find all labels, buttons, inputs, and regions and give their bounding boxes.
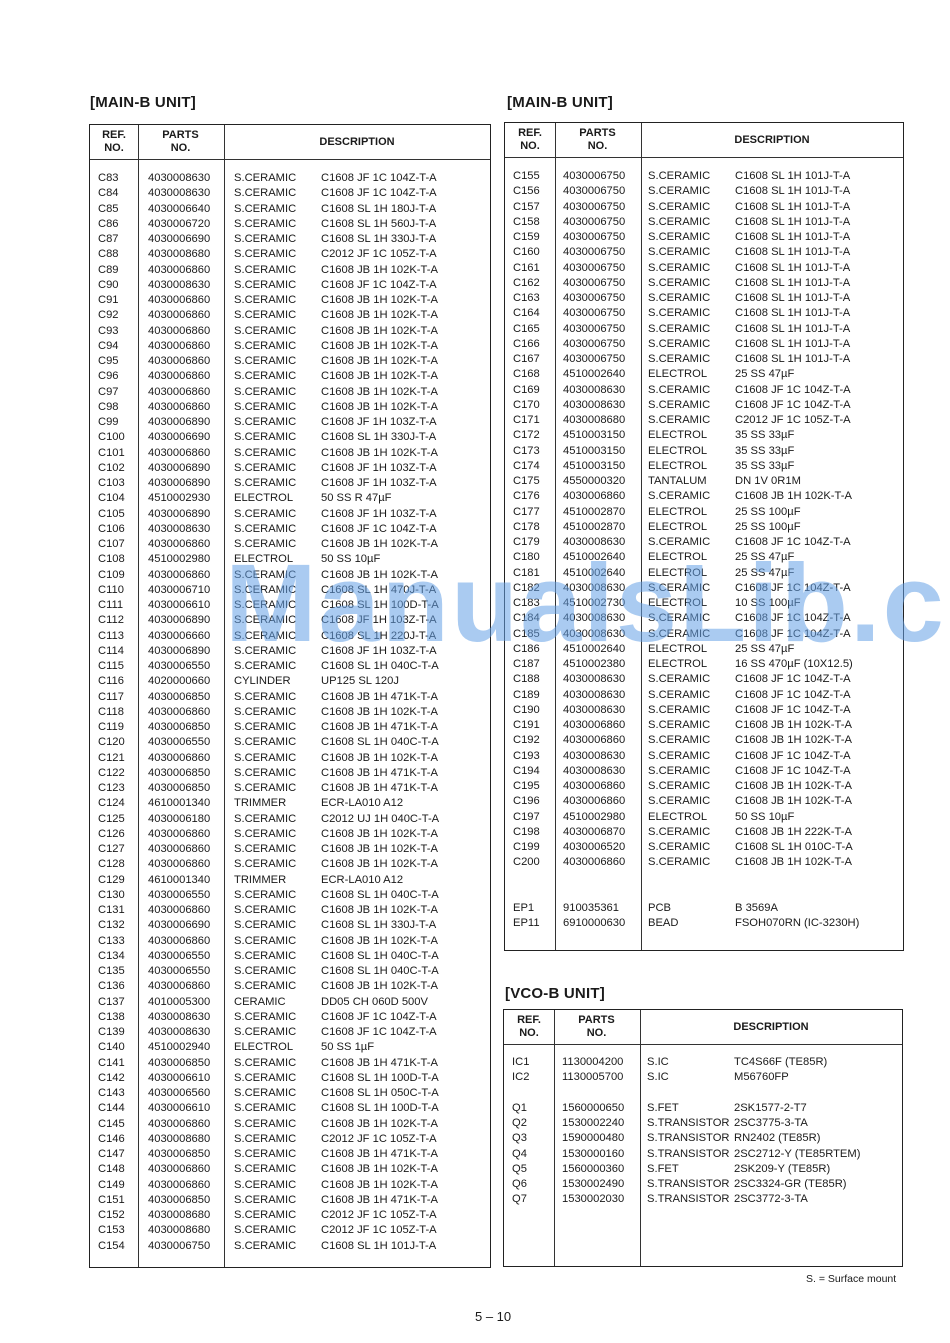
parts-no: 4030006750 [563, 245, 625, 260]
parts-no-header: PARTSNO. [555, 123, 640, 157]
table-row: C1204030006550S.CERAMICC1608 SL 1H 040C-… [90, 735, 490, 750]
parts-no: 4030008680 [563, 413, 625, 428]
part-spec: C2012 UJ 1H 040C-T-A [321, 812, 439, 827]
table-row: C834030008630S.CERAMICC1608 JF 1C 104Z-T… [90, 171, 490, 186]
table-row: C1574030006750S.CERAMICC1608 SL 1H 101J-… [505, 200, 903, 215]
part-spec: C1608 JB 1H 102K-T-A [321, 354, 438, 369]
table-row: Q21530002240S.TRANSISTOR2SC3775-3-TA [504, 1116, 902, 1131]
parts-no: 4030006860 [563, 779, 625, 794]
parts-no: 4030008630 [148, 171, 210, 186]
parts-no: 4030006750 [563, 200, 625, 215]
ref-no: C186 [513, 642, 540, 657]
part-spec: C1608 JF 1C 104Z-T-A [735, 611, 851, 626]
part-spec: C2012 JF 1C 105Z-T-A [321, 247, 437, 262]
part-type: S.CERAMIC [234, 324, 296, 339]
ref-no: C161 [513, 261, 540, 276]
part-type: S.CERAMIC [234, 400, 296, 415]
part-spec: C1608 JB 1H 102K-T-A [321, 1117, 438, 1132]
table-body: C1554030006750S.CERAMICC1608 SL 1H 101J-… [505, 169, 903, 932]
ref-no: C188 [513, 672, 540, 687]
part-spec: C1608 JB 1H 471K-T-A [321, 781, 438, 796]
table-header: REF.NO. PARTSNO. DESCRIPTION [90, 125, 490, 160]
table-row: C1794030008630S.CERAMICC1608 JF 1C 104Z-… [505, 535, 903, 550]
ref-no: C146 [98, 1132, 125, 1147]
parts-no: 4030008630 [563, 703, 625, 718]
part-type: S.CERAMIC [648, 184, 710, 199]
ref-no: C88 [98, 247, 119, 262]
part-type: S.CERAMIC [234, 385, 296, 400]
ref-no: Q5 [512, 1162, 527, 1177]
table-row: C1734510003150ELECTROL35 SS 33µF [505, 444, 903, 459]
part-type: S.CERAMIC [234, 507, 296, 522]
part-spec: 35 SS 33µF [735, 444, 794, 459]
part-type: S.CERAMIC [648, 291, 710, 306]
part-spec: FSOH070RN (IC-3230H) [735, 916, 859, 931]
ref-no: C166 [513, 337, 540, 352]
parts-no: 4510002870 [563, 505, 625, 520]
part-spec: C1608 JB 1H 471K-T-A [321, 1193, 438, 1208]
ref-no: C164 [513, 306, 540, 321]
ref-no: C104 [98, 491, 125, 506]
parts-no: 4030006850 [148, 720, 210, 735]
ref-no: C172 [513, 428, 540, 443]
part-spec: DN 1V 0R1M [735, 474, 801, 489]
part-spec: C1608 JB 1H 102K-T-A [321, 400, 438, 415]
ref-no: C148 [98, 1162, 125, 1177]
part-type: S.CERAMIC [648, 733, 710, 748]
part-type: S.CERAMIC [234, 1208, 296, 1223]
part-type: S.CERAMIC [648, 718, 710, 733]
table-row: C1444030006610S.CERAMICC1608 SL 1H 100D-… [90, 1101, 490, 1116]
table-row: C1614030006750S.CERAMICC1608 SL 1H 101J-… [505, 261, 903, 276]
table-row: C1894030008630S.CERAMICC1608 JF 1C 104Z-… [505, 688, 903, 703]
ref-no: C151 [98, 1193, 125, 1208]
part-spec: C1608 JB 1H 102K-T-A [735, 794, 852, 809]
part-spec: DD05 CH 060D 500V [321, 995, 428, 1010]
table-row: C1604030006750S.CERAMICC1608 SL 1H 101J-… [505, 245, 903, 260]
ref-no: C156 [513, 184, 540, 199]
table-row: C1004030006690S.CERAMICC1608 SL 1H 330J-… [90, 430, 490, 445]
description-header: DESCRIPTION [640, 1010, 902, 1044]
part-type: S.CERAMIC [234, 949, 296, 964]
table-row: C1454030006860S.CERAMICC1608 JB 1H 102K-… [90, 1117, 490, 1132]
table-row: C1944030008630S.CERAMICC1608 JF 1C 104Z-… [505, 764, 903, 779]
table-header: REF.NO. PARTSNO. DESCRIPTION [505, 123, 903, 158]
ref-no: C190 [513, 703, 540, 718]
ref-no: C160 [513, 245, 540, 260]
parts-no: 4030006860 [148, 293, 210, 308]
ref-no: C99 [98, 415, 119, 430]
parts-no: 4030008680 [148, 1223, 210, 1238]
table-row: C1424030006610S.CERAMICC1608 SL 1H 100D-… [90, 1071, 490, 1086]
part-type: S.TRANSISTOR [647, 1131, 729, 1146]
table-row: C1284030006860S.CERAMICC1608 JB 1H 102K-… [90, 857, 490, 872]
part-spec: C1608 JF 1H 103Z-T-A [321, 461, 437, 476]
parts-no: 4030006660 [148, 629, 210, 644]
ref-no: C129 [98, 873, 125, 888]
part-spec: C1608 SL 1H 040C-T-A [321, 888, 439, 903]
parts-no: 4030006860 [148, 751, 210, 766]
part-type: S.CERAMIC [234, 1147, 296, 1162]
parts-no: 4030006860 [563, 718, 625, 733]
parts-no: 4030006860 [148, 1178, 210, 1193]
table-row: C944030006860S.CERAMICC1608 JB 1H 102K-T… [90, 339, 490, 354]
ref-no: C115 [98, 659, 124, 674]
ref-no: C145 [98, 1117, 125, 1132]
table-row: C1804510002640ELECTROL25 SS 47µF [505, 550, 903, 565]
ref-no: C184 [513, 611, 540, 626]
ref-no: C192 [513, 733, 540, 748]
parts-no: 4030006610 [148, 598, 210, 613]
table-row: C1494030006860S.CERAMICC1608 JB 1H 102K-… [90, 1178, 490, 1193]
ref-no: C173 [513, 444, 540, 459]
part-type: S.CERAMIC [234, 903, 296, 918]
part-spec: C1608 JB 1H 471K-T-A [321, 720, 438, 735]
part-type: S.IC [647, 1055, 669, 1070]
vco-b-parts-table: REF.NO. PARTSNO. DESCRIPTION IC111300042… [503, 1009, 903, 1267]
part-spec: C1608 JB 1H 102K-T-A [321, 369, 438, 384]
table-row: C1414030006850S.CERAMICC1608 JB 1H 471K-… [90, 1056, 490, 1071]
part-spec: C1608 SL 1H 101J-T-A [321, 1239, 436, 1254]
ref-no: C158 [513, 215, 540, 230]
part-spec: C1608 JB 1H 102K-T-A [735, 489, 852, 504]
part-type: S.CERAMIC [648, 261, 710, 276]
table-row: C1184030006860S.CERAMICC1608 JB 1H 102K-… [90, 705, 490, 720]
part-spec: C1608 JF 1C 104Z-T-A [321, 1025, 437, 1040]
ref-no: C198 [513, 825, 540, 840]
ref-no: C124 [98, 796, 125, 811]
part-type: S.TRANSISTOR [647, 1147, 729, 1162]
table-row: C1304030006550S.CERAMICC1608 SL 1H 040C-… [90, 888, 490, 903]
part-type: S.CERAMIC [234, 308, 296, 323]
parts-no: 4550000320 [563, 474, 625, 489]
table-row: C1394030008630S.CERAMICC1608 JF 1C 104Z-… [90, 1025, 490, 1040]
part-type: S.FET [647, 1101, 679, 1116]
part-type: S.CERAMIC [648, 672, 710, 687]
ref-no: C113 [98, 629, 124, 644]
ref-no: C140 [98, 1040, 125, 1055]
part-spec: 35 SS 33µF [735, 428, 794, 443]
parts-no: 6910000630 [563, 916, 625, 931]
part-spec: 25 SS 47µF [735, 642, 794, 657]
table-row: C1484030006860S.CERAMICC1608 JB 1H 102K-… [90, 1162, 490, 1177]
table-row: C854030006640S.CERAMICC1608 SL 1H 180J-T… [90, 202, 490, 217]
table-row: C1474030006850S.CERAMICC1608 JB 1H 471K-… [90, 1147, 490, 1162]
part-type: S.CERAMIC [234, 979, 296, 994]
part-spec: C1608 SL 1H 101J-T-A [735, 261, 850, 276]
table-row: C1524030008680S.CERAMICC2012 JF 1C 105Z-… [90, 1208, 490, 1223]
part-type: S.CERAMIC [648, 413, 710, 428]
parts-no: 4030008680 [148, 1132, 210, 1147]
part-spec: C1608 SL 1H 100D-T-A [321, 598, 439, 613]
part-spec: C1608 SL 1H 180J-T-A [321, 202, 436, 217]
ref-no: C147 [98, 1147, 125, 1162]
parts-no: 4510003150 [563, 459, 625, 474]
parts-no: 4030006890 [148, 415, 210, 430]
parts-no: 4030006750 [563, 276, 625, 291]
parts-no: 1130004200 [562, 1055, 623, 1070]
parts-no: 4030006550 [148, 964, 210, 979]
part-type: S.CERAMIC [234, 568, 296, 583]
ref-no: C152 [98, 1208, 125, 1223]
part-spec: TC4S66F (TE85R) [734, 1055, 827, 1070]
part-spec: C1608 JB 1H 471K-T-A [321, 766, 438, 781]
parts-no: 4030008630 [563, 672, 625, 687]
part-type: ELECTROL [648, 459, 707, 474]
ref-no: Q7 [512, 1192, 527, 1207]
ref-no: C86 [98, 217, 119, 232]
part-spec: C1608 SL 1H 101J-T-A [735, 184, 850, 199]
parts-no: 4030008680 [148, 247, 210, 262]
ref-no: Q4 [512, 1147, 527, 1162]
table-row: C1564030006750S.CERAMICC1608 SL 1H 101J-… [505, 184, 903, 199]
part-type: S.CERAMIC [234, 369, 296, 384]
ref-no: IC2 [512, 1070, 529, 1085]
part-spec: M56760FP [734, 1070, 789, 1085]
part-spec: C1608 JB 1H 102K-T-A [321, 324, 438, 339]
part-type: S.CERAMIC [648, 627, 710, 642]
ref-no-header: REF.NO. [504, 1010, 554, 1044]
parts-no: 4030006690 [148, 430, 210, 445]
parts-no: 4030006890 [148, 507, 210, 522]
part-type: S.CERAMIC [234, 1178, 296, 1193]
parts-no: 4030006750 [563, 215, 625, 230]
ref-no: C174 [513, 459, 540, 474]
table-row: C1824030008630S.CERAMICC1608 JF 1C 104Z-… [505, 581, 903, 596]
table-row: C1074030006860S.CERAMICC1608 JB 1H 102K-… [90, 537, 490, 552]
part-spec: C1608 SL 1H 100D-T-A [321, 1071, 439, 1086]
table-row: C1084510002980ELECTROL50 SS 10µF [90, 552, 490, 567]
parts-no: 4030006750 [563, 322, 625, 337]
ref-no: C157 [513, 200, 540, 215]
part-spec: C1608 JF 1C 104Z-T-A [735, 581, 851, 596]
part-type: S.CERAMIC [648, 794, 710, 809]
table-row: C1694030008630S.CERAMICC1608 JF 1C 104Z-… [505, 383, 903, 398]
part-spec: C1608 JB 1H 102K-T-A [321, 537, 438, 552]
part-type: ELECTROL [648, 810, 707, 825]
part-type: S.CERAMIC [648, 703, 710, 718]
part-spec: C1608 JB 1H 102K-T-A [321, 1178, 438, 1193]
parts-no: 4510002640 [563, 566, 625, 581]
part-type: S.TRANSISTOR [647, 1177, 729, 1192]
part-spec: 50 SS 10µF [735, 810, 794, 825]
part-type: S.IC [647, 1070, 669, 1085]
part-type: S.CERAMIC [234, 1071, 296, 1086]
part-spec: C1608 JF 1H 103Z-T-A [321, 507, 437, 522]
table-row: C1724510003150ELECTROL35 SS 33µF [505, 428, 903, 443]
part-spec: C2012 JF 1C 105Z-T-A [321, 1223, 437, 1238]
parts-no: 4030006860 [148, 400, 210, 415]
description-header: DESCRIPTION [224, 125, 490, 159]
part-type: ELECTROL [648, 367, 707, 382]
part-spec: C1608 SL 1H 330J-T-A [321, 232, 436, 247]
ref-no: EP1 [513, 901, 534, 916]
part-spec: C1608 SL 1H 101J-T-A [735, 352, 850, 367]
part-type: S.CERAMIC [648, 840, 710, 855]
part-type: S.CERAMIC [234, 339, 296, 354]
ref-no: C98 [98, 400, 119, 415]
part-spec: C1608 JB 1H 471K-T-A [321, 1056, 438, 1071]
part-spec: C1608 JF 1C 104Z-T-A [735, 383, 851, 398]
table-row: C1344030006550S.CERAMICC1608 SL 1H 040C-… [90, 949, 490, 964]
part-spec: 35 SS 33µF [735, 459, 794, 474]
table-row: C1834510002730ELECTROL10 SS 100µF [505, 596, 903, 611]
part-spec: C1608 JB 1H 102K-T-A [321, 705, 438, 720]
parts-no: 4030006850 [148, 1147, 210, 1162]
ref-no: Q6 [512, 1177, 527, 1192]
main-b-parts-table-left: REF.NO. PARTSNO. DESCRIPTION C8340300086… [89, 124, 491, 1268]
ref-no: C122 [98, 766, 125, 781]
ref-no: C181 [513, 566, 540, 581]
part-type: S.CERAMIC [648, 688, 710, 703]
table-row: C874030006690S.CERAMICC1608 SL 1H 330J-T… [90, 232, 490, 247]
parts-no: 4030006860 [563, 855, 625, 870]
part-type: S.CERAMIC [234, 476, 296, 491]
ref-no: C95 [98, 354, 119, 369]
table-row: C1514030006850S.CERAMICC1608 JB 1H 471K-… [90, 1193, 490, 1208]
ref-no: C175 [513, 474, 540, 489]
parts-no: 4030006520 [563, 840, 625, 855]
parts-no: 4030006750 [148, 1239, 210, 1254]
parts-no: 4030008630 [563, 688, 625, 703]
part-type: S.CERAMIC [234, 1117, 296, 1132]
table-row: C1124030006890S.CERAMICC1608 JF 1H 103Z-… [90, 613, 490, 628]
parts-no: 4030006890 [148, 476, 210, 491]
part-spec: C1608 JB 1H 102K-T-A [321, 308, 438, 323]
part-spec: C1608 JB 1H 102K-T-A [321, 842, 438, 857]
parts-no: 4030008630 [563, 749, 625, 764]
ref-no: C131 [98, 903, 125, 918]
parts-no: 4030006860 [148, 857, 210, 872]
part-type: S.CERAMIC [234, 613, 296, 628]
part-type: S.CERAMIC [648, 535, 710, 550]
ref-no: C169 [513, 383, 540, 398]
table-row: C1214030006860S.CERAMICC1608 JB 1H 102K-… [90, 751, 490, 766]
parts-no: 4030006750 [563, 169, 625, 184]
parts-no: 4030006850 [148, 1193, 210, 1208]
parts-no: 4030006860 [148, 446, 210, 461]
part-spec: 2SC3324-GR (TE85R) [734, 1177, 847, 1192]
table-row: C984030006860S.CERAMICC1608 JB 1H 102K-T… [90, 400, 490, 415]
part-spec: C1608 JB 1H 102K-T-A [735, 855, 852, 870]
table-row: C1984030006870S.CERAMICC1608 JB 1H 222K-… [505, 825, 903, 840]
parts-no: 4030006750 [563, 184, 625, 199]
part-spec: C1608 SL 1H 330J-T-A [321, 918, 436, 933]
part-type: CYLINDER [234, 674, 291, 689]
part-type: S.CERAMIC [234, 232, 296, 247]
part-type: S.CERAMIC [234, 430, 296, 445]
part-spec: C1608 SL 1H 010C-T-A [735, 840, 853, 855]
table-body: IC11130004200S.ICTC4S66F (TE85R)IC211300… [504, 1055, 902, 1208]
parts-no: 4030006860 [148, 263, 210, 278]
part-type: S.CERAMIC [234, 827, 296, 842]
part-type: S.CERAMIC [648, 169, 710, 184]
part-spec: C1608 JB 1H 471K-T-A [321, 1147, 438, 1162]
part-type: ELECTROL [234, 1040, 293, 1055]
parts-no: 4030006610 [148, 1071, 210, 1086]
parts-no: 4030006550 [148, 888, 210, 903]
parts-no: 4610001340 [148, 873, 210, 888]
vco-section-title: [VCO-B UNIT] [505, 985, 605, 1002]
ref-no: Q1 [512, 1101, 527, 1116]
part-type: S.CERAMIC [234, 842, 296, 857]
parts-no: 4030008630 [148, 278, 210, 293]
table-row: Q41530000160S.TRANSISTOR2SC2712-Y (TE85R… [504, 1147, 902, 1162]
table-row: C1914030006860S.CERAMICC1608 JB 1H 102K-… [505, 718, 903, 733]
table-row: C1744510003150ELECTROL35 SS 33µF [505, 459, 903, 474]
ref-no: C106 [98, 522, 125, 537]
table-row: C964030006860S.CERAMICC1608 JB 1H 102K-T… [90, 369, 490, 384]
parts-no-header: PARTSNO. [554, 1010, 639, 1044]
part-spec: C1608 SL 1H 050C-T-A [321, 1086, 439, 1101]
parts-no: 4030006850 [148, 690, 210, 705]
table-row: C1664030006750S.CERAMICC1608 SL 1H 101J-… [505, 337, 903, 352]
part-spec: 2SC2712-Y (TE85RTEM) [734, 1147, 860, 1162]
part-type: S.CERAMIC [648, 764, 710, 779]
table-row: C894030006860S.CERAMICC1608 JB 1H 102K-T… [90, 263, 490, 278]
table-row: C1714030008680S.CERAMICC2012 JF 1C 105Z-… [505, 413, 903, 428]
table-row: C1554030006750S.CERAMICC1608 SL 1H 101J-… [505, 169, 903, 184]
table-row: C864030006720S.CERAMICC1608 SL 1H 560J-T… [90, 217, 490, 232]
parts-no: 1530002490 [562, 1177, 624, 1192]
parts-no: 4030008630 [148, 186, 210, 201]
part-type: S.CERAMIC [234, 720, 296, 735]
table-row: C1134030006660S.CERAMICC1608 SL 1H 220J-… [90, 629, 490, 644]
part-spec: C1608 JF 1C 104Z-T-A [735, 627, 851, 642]
ref-no: C97 [98, 385, 119, 400]
table-row: Q71530002030S.TRANSISTOR2SC3772-3-TA [504, 1192, 902, 1207]
table-row: C1024030006890S.CERAMICC1608 JF 1H 103Z-… [90, 461, 490, 476]
table-row: C1294610001340TRIMMERECR-LA010 A12 [90, 873, 490, 888]
parts-no: 4030006860 [148, 308, 210, 323]
ref-no: C199 [513, 840, 540, 855]
parts-no: 4030006640 [148, 202, 210, 217]
parts-no: 4030006870 [563, 825, 625, 840]
part-spec: C1608 JB 1H 102K-T-A [321, 751, 438, 766]
ref-no: C134 [98, 949, 125, 964]
ref-no: C117 [98, 690, 124, 705]
parts-no-header: PARTSNO. [138, 125, 223, 159]
parts-no: 4030008630 [148, 522, 210, 537]
part-spec: RN2402 (TE85R) [734, 1131, 820, 1146]
part-type: S.CERAMIC [234, 934, 296, 949]
part-spec: C1608 JF 1H 103Z-T-A [321, 476, 437, 491]
ref-no: C121 [98, 751, 125, 766]
ref-no: C177 [513, 505, 540, 520]
part-spec: C1608 JB 1H 102K-T-A [321, 827, 438, 842]
table-row: Q31590000480S.TRANSISTORRN2402 (TE85R) [504, 1131, 902, 1146]
part-spec: 50 SS 10µF [321, 552, 380, 567]
table-row: C2004030006860S.CERAMICC1608 JB 1H 102K-… [505, 855, 903, 870]
ref-no: C127 [98, 842, 125, 857]
part-type: ELECTROL [234, 491, 293, 506]
part-type: ELECTROL [648, 596, 707, 611]
parts-no: 4030006710 [148, 583, 210, 598]
ref-no: C180 [513, 550, 540, 565]
ref-no: C90 [98, 278, 119, 293]
part-type: S.CERAMIC [648, 352, 710, 367]
table-row: C1624030006750S.CERAMICC1608 SL 1H 101J-… [505, 276, 903, 291]
part-type: S.CERAMIC [234, 217, 296, 232]
table-row: C1704030008630S.CERAMICC1608 JF 1C 104Z-… [505, 398, 903, 413]
part-spec: UP125 SL 120J [321, 674, 399, 689]
part-type: S.CERAMIC [234, 918, 296, 933]
part-spec: 25 SS 100µF [735, 520, 801, 535]
parts-no: 4030006860 [148, 339, 210, 354]
parts-no: 1530000160 [562, 1147, 624, 1162]
ref-no: C123 [98, 781, 125, 796]
ref-no: C119 [98, 720, 124, 735]
